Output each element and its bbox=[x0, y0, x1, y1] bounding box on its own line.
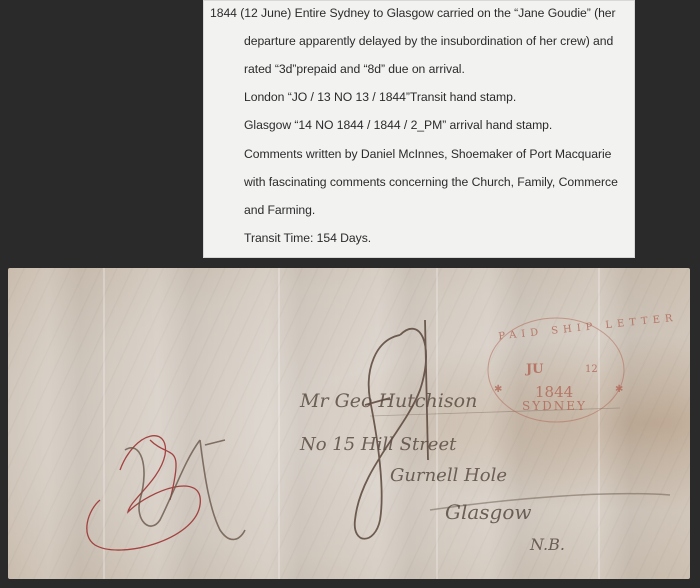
address-line-3: Gurnell Hole bbox=[390, 465, 507, 486]
address-line-1: Mr Geo Hutchison bbox=[300, 390, 477, 412]
address-line-5: N.B. bbox=[530, 535, 565, 554]
postmark-day: 12 bbox=[585, 364, 598, 375]
ink-8-due-mark bbox=[355, 320, 428, 539]
postmark-city: SYDNEY bbox=[522, 399, 587, 413]
svg-text:✱: ✱ bbox=[494, 384, 502, 395]
svg-text:✱: ✱ bbox=[615, 384, 623, 395]
red-3d-rate-mark bbox=[87, 436, 201, 550]
address-line-2: No 15 Hill Street bbox=[300, 434, 456, 455]
postmark-month: JU bbox=[526, 362, 544, 377]
manuscript-marks: ✱ ✱ bbox=[0, 0, 700, 588]
address-line-4: Glasgow bbox=[445, 500, 532, 524]
ink-rate-mark-left bbox=[125, 440, 245, 539]
